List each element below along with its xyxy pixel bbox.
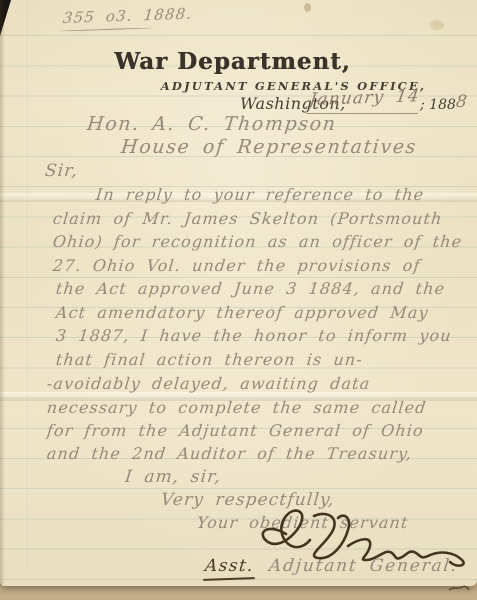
body-line: In reply to your reference to the: [95, 185, 425, 204]
salutation: Sir,: [44, 161, 79, 181]
body-line: Act amendatory thereof approved May: [55, 303, 430, 322]
signed-title: Adjutant General.: [268, 556, 459, 576]
body-line: 3 1887, I have the honor to inform you: [55, 326, 453, 345]
paper-stain-small: [430, 20, 444, 30]
vertical-crease: [25, 0, 27, 572]
scanned-letter: 355 o3. 1888. War Department, ADJUTANT G…: [0, 0, 477, 600]
closing-line-1: I am, sir,: [124, 467, 222, 487]
body-line: and the 2nd Auditor of the Treasury,: [46, 444, 413, 463]
body-line: Ohio) for recognition as an officer of t…: [52, 232, 463, 251]
printed-year: ; 188: [420, 97, 456, 113]
recipient-name: Hon. A. C. Thompson: [86, 113, 338, 135]
body-line: 27. Ohio Vol. under the provisions of: [52, 256, 422, 275]
body-line: -avoidably delayed, awaiting data: [46, 374, 371, 393]
body-line: that final action thereon is un-: [55, 350, 364, 369]
scan-edge-shade: [0, 0, 5, 586]
handwritten-year-digit: 8: [455, 92, 469, 112]
letterhead-title: War Department,: [0, 48, 471, 75]
bottom-right-mark: [448, 584, 470, 593]
handwritten-date: January 14: [308, 86, 421, 110]
signed-title-prefix: Asst.: [204, 556, 255, 576]
body-line: for from the Adjutant General of Ohio: [46, 421, 425, 440]
body-line: necessary to complete the same called: [46, 398, 428, 417]
recipient-address: House of Representatives: [120, 136, 418, 158]
body-line: claim of Mr. James Skelton (Portsmouth: [52, 209, 444, 228]
letter-page: 355 o3. 1888. War Department, ADJUTANT G…: [0, 0, 477, 586]
body-line: the Act approved June 3 1884, and the: [55, 279, 446, 298]
paper-stain: [304, 3, 311, 12]
